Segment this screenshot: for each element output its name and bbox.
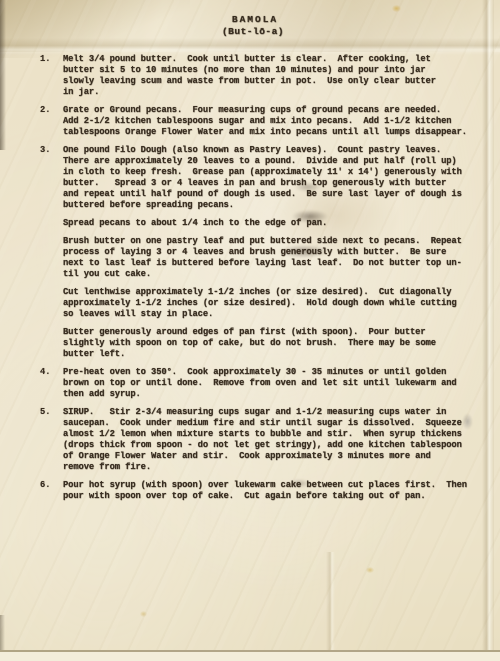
paper-edge-left-bottom [0,615,5,650]
step-paragraph: Grate or Ground pecans. Four measuring c… [63,105,480,138]
step-number: 6. [40,480,63,491]
recipe-content: BAMOLA (But-lō-a) 1.Melt 3/4 pound butte… [0,13,500,509]
step-paragraph: Butter generously around edges of pan fi… [63,327,480,360]
step-number: 1. [40,54,63,65]
step-paragraph: Pre-heat oven to 350°. Cook approximatel… [63,367,480,400]
step-body: Pour hot syrup (with spoon) over lukewar… [63,480,480,509]
recipe-step: 3.One pound Filo Dough (also known as Pa… [40,145,480,367]
recipe-step: 6.Pour hot syrup (with spoon) over lukew… [40,480,480,509]
page-title: BAMOLA [10,13,500,26]
step-body: Pre-heat oven to 350°. Cook approximatel… [63,367,480,407]
recipe-step: 2.Grate or Ground pecans. Four measuring… [40,105,480,145]
stain-spot-yellow [366,567,374,573]
step-body: One pound Filo Dough (also known as Past… [63,145,480,367]
step-body: SIRUP. Stir 2-3/4 measuring cups sugar a… [63,407,480,480]
recipe-step: 5.SIRUP. Stir 2-3/4 measuring cups sugar… [40,407,480,480]
step-paragraph: Melt 3/4 pound butter. Cook until butter… [63,54,480,98]
step-number: 4. [40,367,63,378]
scanned-recipe-document: { "colors": { "paper": "#ece3c9", "ink":… [0,0,500,661]
step-number: 5. [40,407,63,418]
step-paragraph: Spread pecans to about 1/4 inch to the e… [63,218,480,229]
stain-spot-yellow [140,611,147,617]
step-paragraph: Brush butter on one pastry leaf and put … [63,236,480,280]
step-paragraph: Cut lenthwise approximately 1-1/2 inches… [63,287,480,320]
step-paragraph: One pound Filo Dough (also known as Past… [63,145,480,211]
step-body: Melt 3/4 pound butter. Cook until butter… [63,54,480,105]
paper-fold-crease-bottom [326,552,335,650]
paper-sheet: BAMOLA (But-lō-a) 1.Melt 3/4 pound butte… [0,0,500,652]
step-paragraph: SIRUP. Stir 2-3/4 measuring cups sugar a… [63,407,480,473]
step-body: Grate or Ground pecans. Four measuring c… [63,105,480,145]
stain-spot-yellow [392,5,401,12]
recipe-step: 4.Pre-heat oven to 350°. Cook approximat… [40,367,480,407]
step-number: 2. [40,105,63,116]
page-subtitle: (But-lō-a) [6,26,500,38]
recipe-steps: 1.Melt 3/4 pound butter. Cook until butt… [0,54,500,509]
step-paragraph: Pour hot syrup (with spoon) over lukewar… [63,480,480,502]
step-number: 3. [40,145,63,156]
recipe-step: 1.Melt 3/4 pound butter. Cook until butt… [40,54,480,105]
